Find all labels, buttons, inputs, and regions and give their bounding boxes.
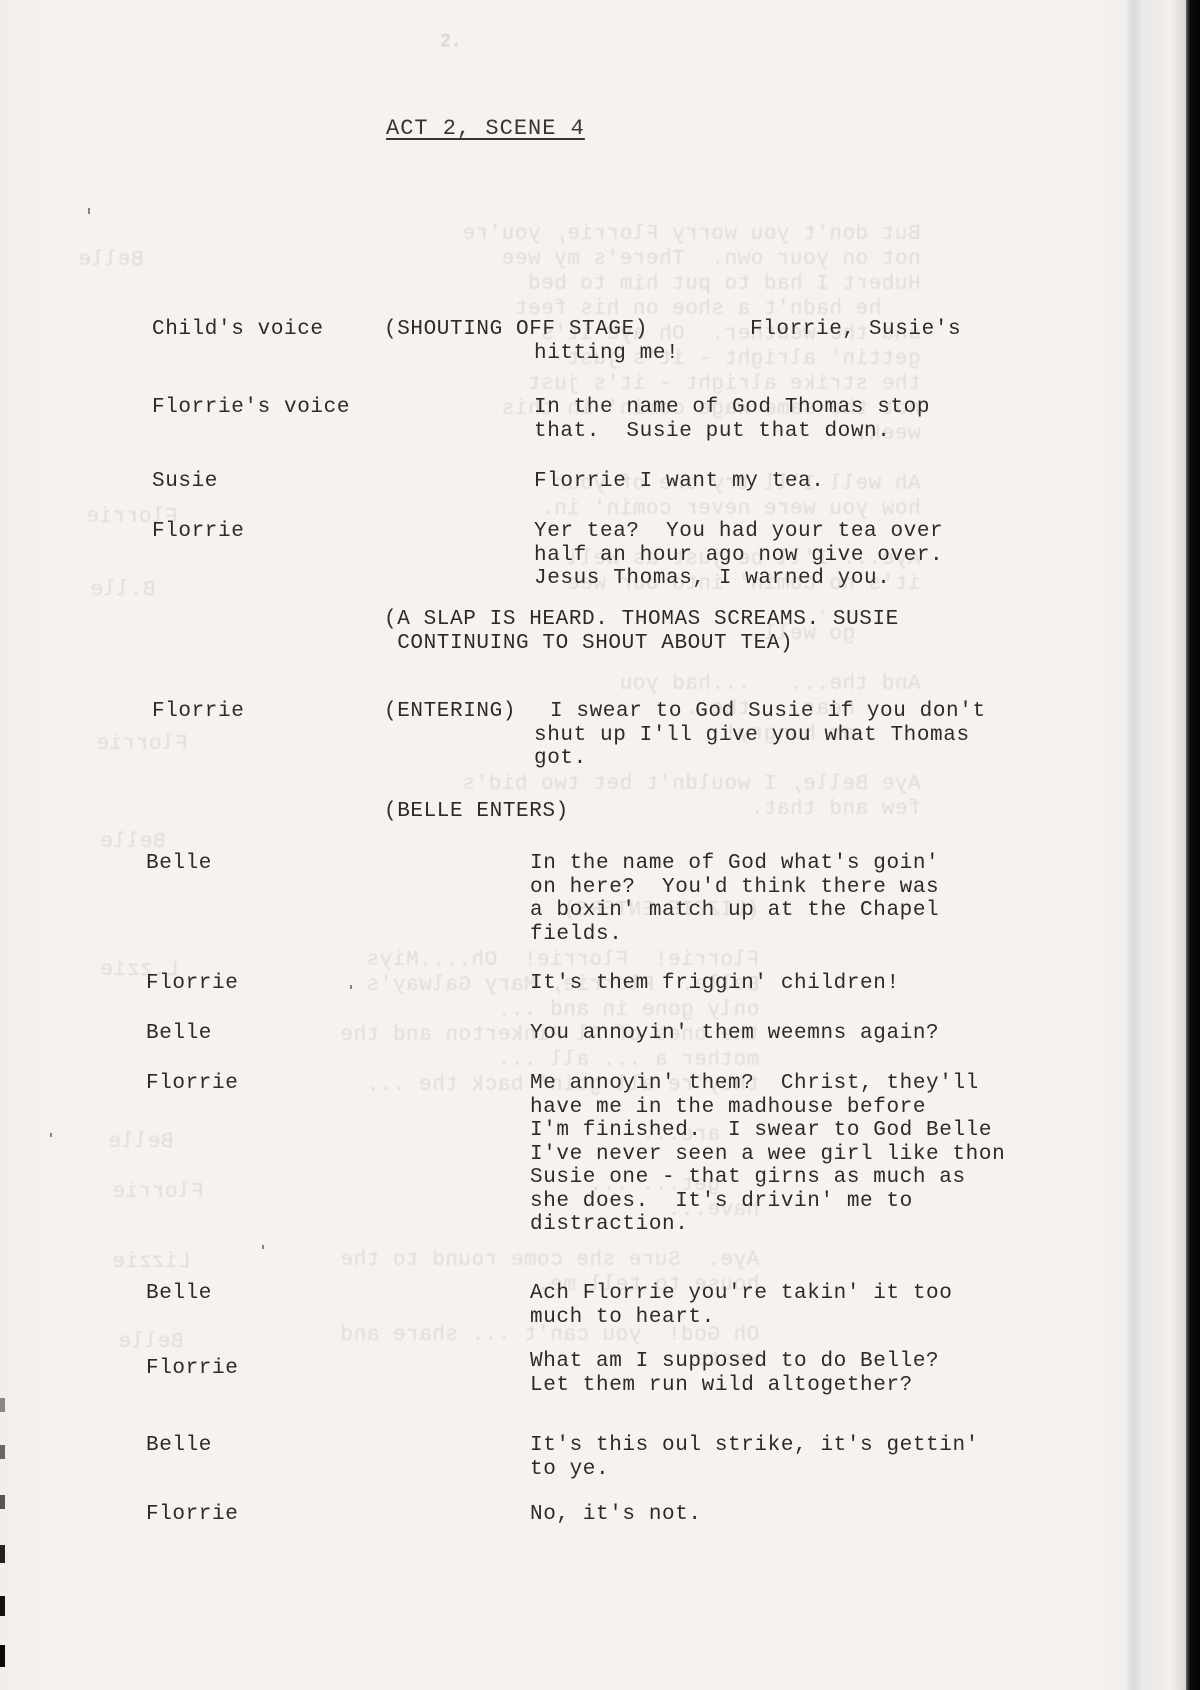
stray-mark [50,1133,52,1137]
stage-direction: (A SLAP IS HEARD. THOMAS SCREAMS. SUSIE [384,608,899,631]
bleed-through-name: Belle [108,1130,174,1155]
inline-stage-direction: (ENTERING) [384,700,516,723]
bleed-through-name: Florrie [96,732,188,757]
dialogue-line: distraction. [530,1213,688,1236]
edge-mark [0,1445,5,1459]
dialogue-line: have me in the madhouse before [530,1096,926,1119]
speaker-name: Florrie [146,1357,238,1380]
dialogue-line: fields. [530,923,622,946]
dialogue-line: Me annoyin' them? Christ, they'll [530,1072,979,1095]
bleed-through-name: Belle [78,248,144,273]
speaker-name: Florrie [152,520,244,543]
edge-mark [0,1596,5,1616]
dialogue-line: Florrie I want my tea. [534,470,824,493]
speaker-name: Belle [146,1434,212,1457]
dialogue-line: No, it's not. [530,1503,702,1526]
dialogue-line: hitting me! [534,342,679,365]
speaker-name: Susie [152,470,218,493]
inline-stage-direction: (SHOUTING OFF STAGE) [384,318,648,341]
edge-mark [0,1495,5,1509]
dialogue-line: I swear to God Susie if you don't [550,700,986,723]
scanned-page: BelleFlorrieB.lleFlorrieBelleL.zzieBelle… [0,0,1186,1690]
dialogue-line: Jesus Thomas, I warned you. [534,567,890,590]
bleed-through-name: Florrie [112,1180,204,1205]
dialogue-line: got. [534,747,587,770]
speaker-name: Florrie's voice [152,396,350,419]
dialogue-line: Let them run wild altogether? [530,1374,913,1397]
page-number: 2. [440,32,462,52]
dialogue-line: Yer tea? You had your tea over [534,520,943,543]
dialogue-line: It's this oul strike, it's gettin' [530,1434,979,1457]
dialogue-line: I've never seen a wee girl like thon [530,1143,1005,1166]
dialogue-line: What am I supposed to do Belle? [530,1350,939,1373]
bleed-through-name: Lizzie [112,1250,191,1275]
bleed-through-name: B.lle [90,578,156,603]
speaker-name: Florrie [146,1503,238,1526]
dialogue-line: she does. It's drivin' me to [530,1190,913,1213]
speaker-name: Florrie [146,1072,238,1095]
speaker-name: Belle [146,1022,212,1045]
scanner-edge [1186,0,1200,1690]
dialogue-line: on here? You'd think there was [530,876,939,899]
binding-shadow [1125,0,1143,1690]
dialogue-line: to ye. [530,1458,609,1481]
scene-title: ACT 2, SCENE 4 [386,116,585,141]
stray-mark [88,208,90,214]
speaker-name: Belle [146,852,212,875]
speaker-name: Florrie [146,972,238,995]
dialogue-line: It's them friggin' children! [530,972,900,995]
dialogue-line: Susie one - that girns as much as [530,1166,966,1189]
edge-mark [0,1645,5,1667]
stage-direction: CONTINUING TO SHOUT ABOUT TEA) [384,632,793,655]
dialogue-line: a boxin' match up at the Chapel [530,899,939,922]
dialogue-line: Florrie, Susie's [750,318,961,341]
edge-mark [0,1398,5,1412]
speaker-name: Florrie [152,700,244,723]
dialogue-line: You annoyin' them weemns again? [530,1022,939,1045]
dialogue-line: that. Susie put that down. [534,420,890,443]
stage-direction: (BELLE ENTERS) [384,800,569,823]
stray-mark [262,1245,264,1249]
dialogue-line: I'm finished. I swear to God Belle [530,1119,992,1142]
dialogue-line: much to heart. [530,1306,715,1329]
dialogue-line: shut up I'll give you what Thomas [534,724,970,747]
stray-mark [350,985,352,989]
speaker-name: Child's voice [152,318,324,341]
dialogue-line: In the name of God what's goin' [530,852,939,875]
edge-mark [0,1545,5,1563]
dialogue-line: In the name of God Thomas stop [534,396,930,419]
speaker-name: Belle [146,1282,212,1305]
dialogue-line: half an hour ago now give over. [534,544,943,567]
dialogue-line: Ach Florrie you're takin' it too [530,1282,952,1305]
bleed-through-name: Belle [118,1330,184,1355]
